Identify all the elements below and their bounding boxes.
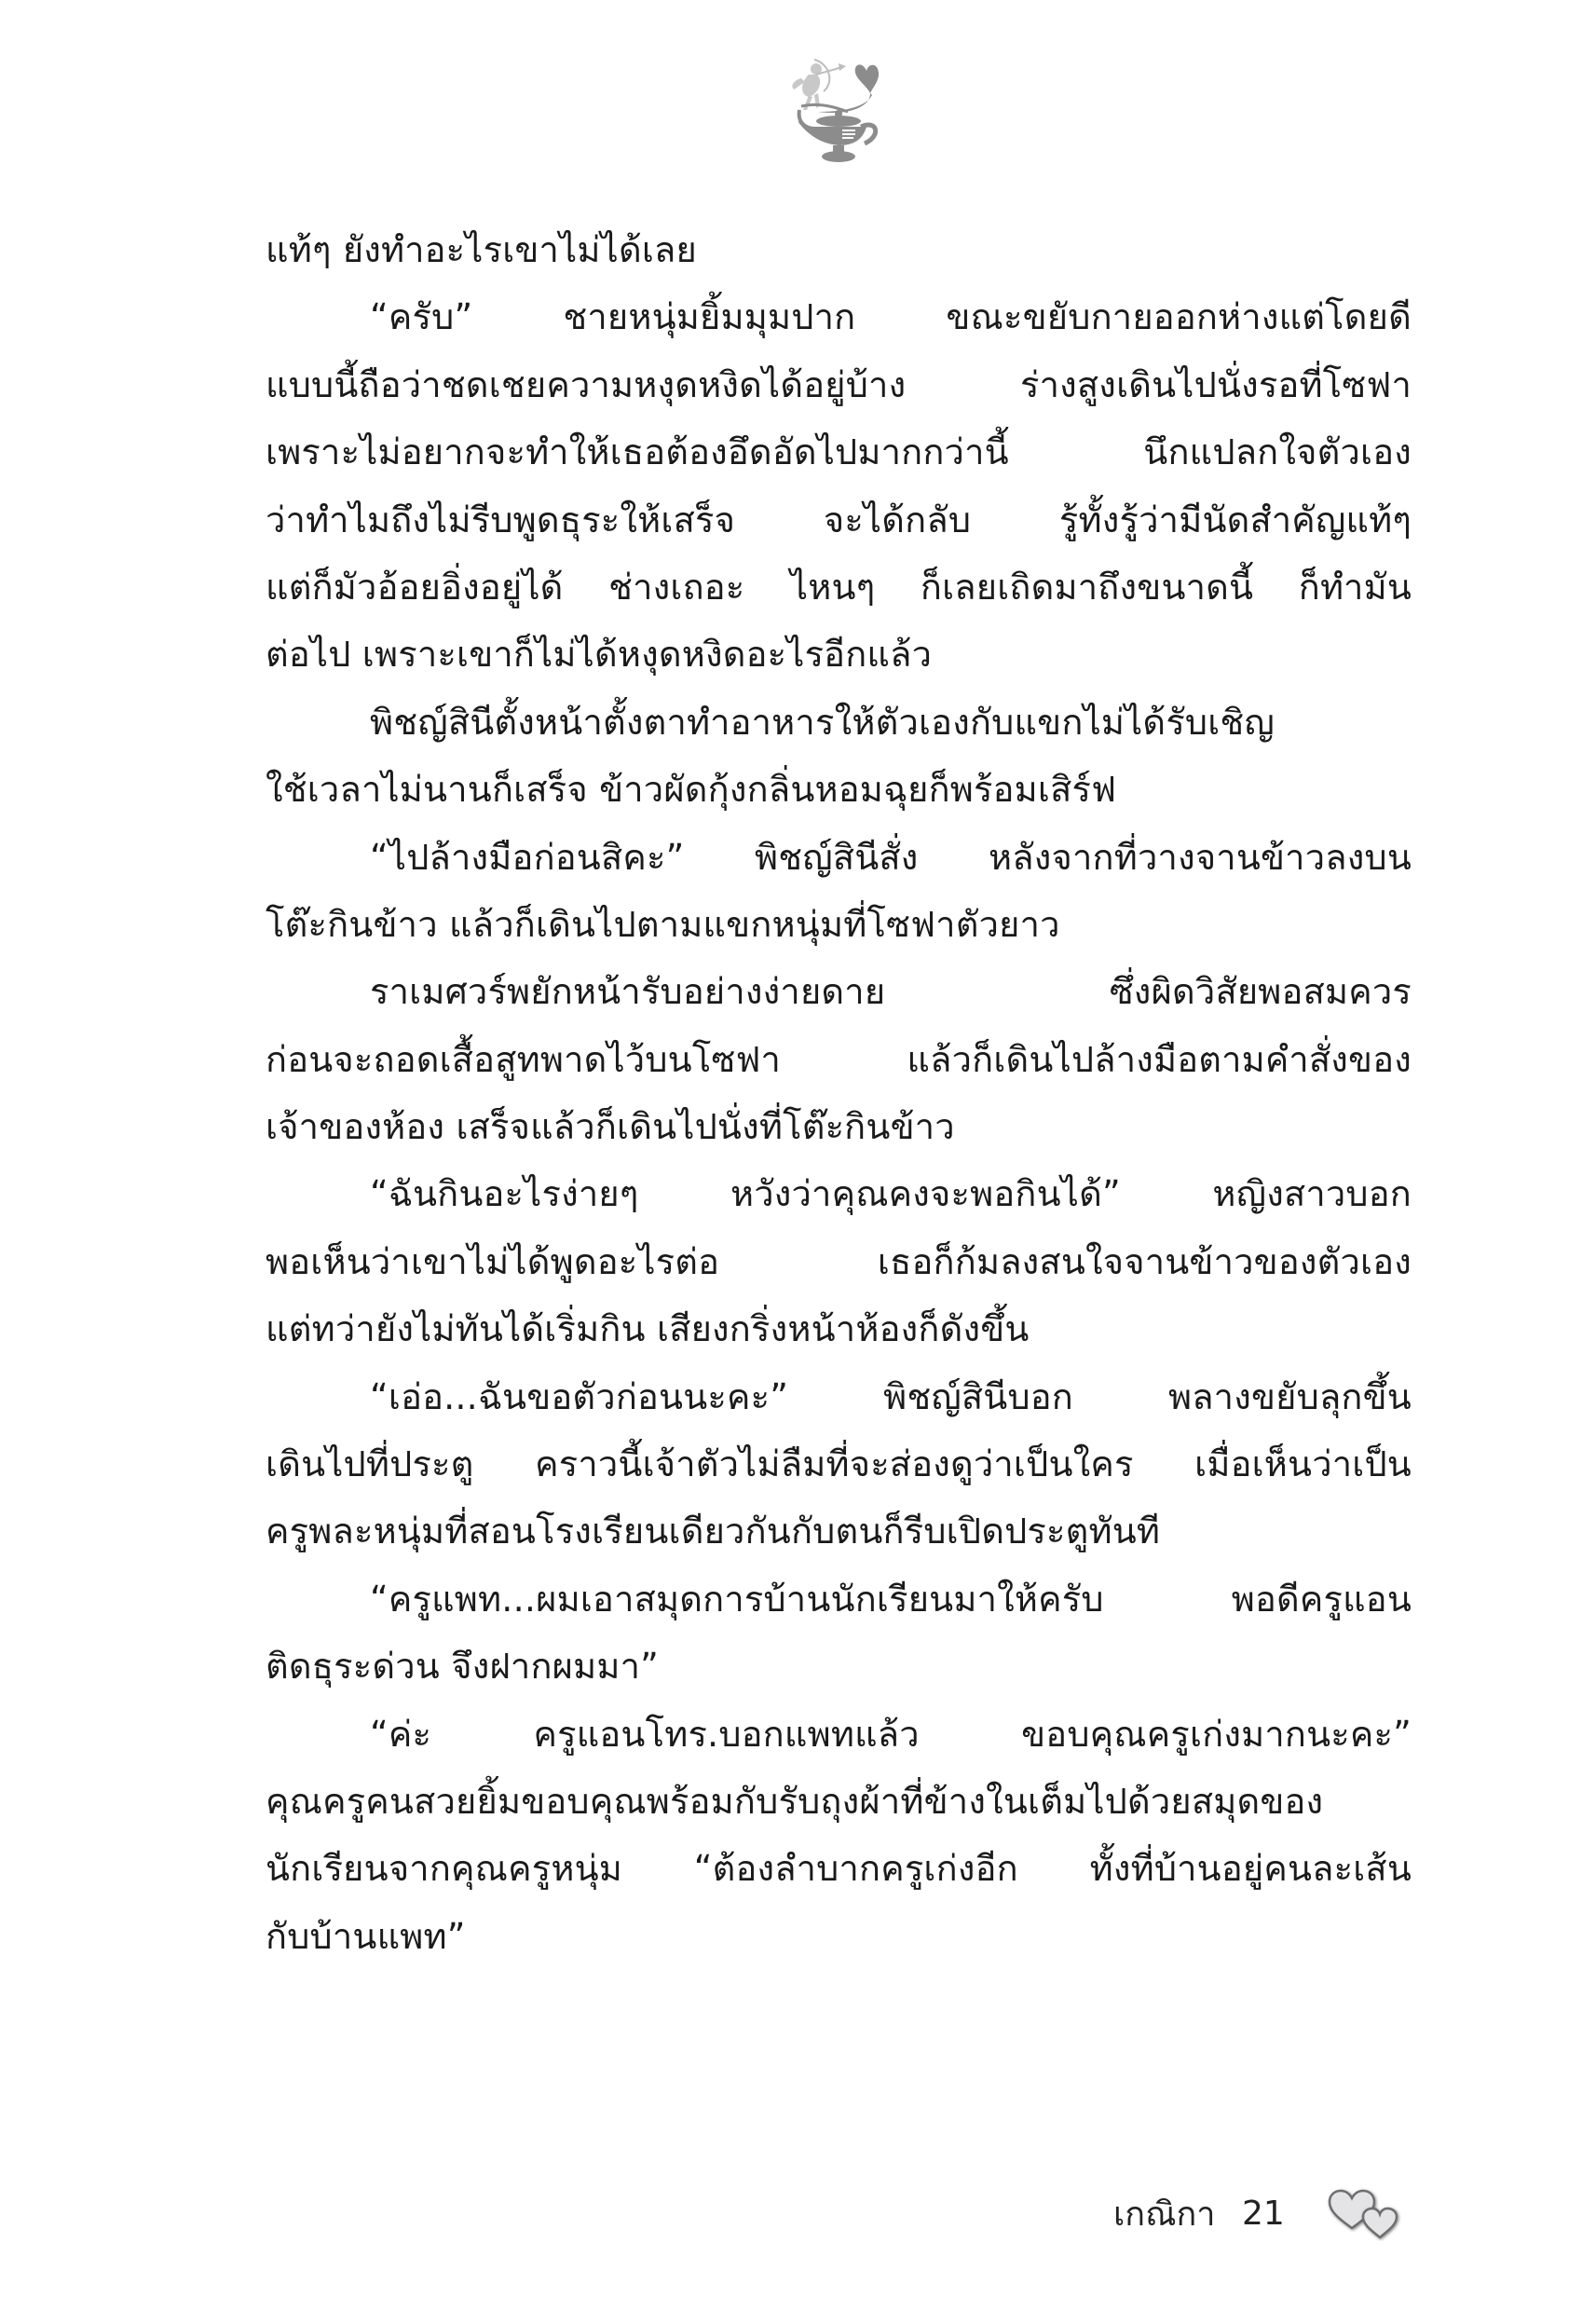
text-line: ต่อไป เพราะเขาก็ไม่ได้หงุดหงิดอะไรอีกแล้…	[266, 621, 1412, 688]
text-line: พิชญ์สินีตั้งหน้าตั้งตาทำอาหารให้ตัวเองก…	[266, 689, 1412, 756]
text-line: นักเรียนจากคุณครูหนุ่ม “ต้องลำบากครูเก่ง…	[266, 1835, 1412, 1902]
text-line: โต๊ะกินข้าว แล้วก็เดินไปตามแขกหนุ่มที่โซ…	[266, 891, 1412, 958]
text-line: เจ้าของห้อง เสร็จแล้วก็เดินไปนั่งที่โต๊ะ…	[266, 1093, 1412, 1160]
double-heart-icon	[1326, 2185, 1410, 2241]
text-line: “ค่ะ ครูแอนโทร.บอกแพทแล้ว ขอบคุณครูเก่งม…	[266, 1701, 1412, 1768]
text-line: ราเมศวร์พยักหน้ารับอย่างง่ายดาย ซึ่งผิดว…	[266, 958, 1412, 1025]
page-body-text: แท้ๆ ยังทำอะไรเขาไม่ได้เลย“ครับ” ชายหนุ่…	[266, 216, 1412, 1970]
book-title: เกณิกา	[1113, 2187, 1223, 2240]
text-line: เดินไปที่ประตู คราวนี้เจ้าตัวไม่ลืมที่จะ…	[266, 1430, 1412, 1497]
text-line: ก่อนจะถอดเสื้อสูทพาดไว้บนโซฟา แล้วก็เดิน…	[266, 1026, 1412, 1093]
text-line: ติดธุระด่วน จึงฝากผมมา”	[266, 1633, 1412, 1700]
text-line: คุณครูคนสวยยิ้มขอบคุณพร้อมกับรับถุงผ้าที…	[266, 1768, 1412, 1835]
cupid-teapot-lamp-icon	[781, 54, 911, 166]
text-line: “ไปล้างมือก่อนสิคะ” พิชญ์สินีสั่ง หลังจา…	[266, 824, 1412, 891]
text-line: แบบนี้ถือว่าชดเชยความหงุดหงิดได้อยู่บ้าง…	[266, 351, 1412, 418]
text-line: ว่าทำไมถึงไม่รีบพูดธุระให้เสร็จ จะได้กลั…	[266, 486, 1412, 554]
text-line: “ฉันกินอะไรง่ายๆ หวังว่าคุณคงจะพอกินได้”…	[266, 1160, 1412, 1227]
page-number: 21	[1242, 2195, 1316, 2233]
text-line: แท้ๆ ยังทำอะไรเขาไม่ได้เลย	[266, 216, 1412, 283]
text-line: แต่ก็มัวอ้อยอิ่งอยู่ได้ ช่างเถอะ ไหนๆ ก็…	[266, 554, 1412, 621]
text-line: พอเห็นว่าเขาไม่ได้พูดอะไรต่อ เธอก็ก้มลงส…	[266, 1228, 1412, 1295]
text-line: “ครับ” ชายหนุ่มยิ้มมุมปาก ขณะขยับกายออกห…	[266, 283, 1412, 350]
page-footer: เกณิกา 21	[1113, 2185, 1410, 2241]
text-line: “เอ่อ...ฉันขอตัวก่อนนะคะ” พิชญ์สินีบอก พ…	[266, 1363, 1412, 1430]
text-line: เพราะไม่อยากจะทำให้เธอต้องอึดอัดไปมากกว่…	[266, 418, 1412, 485]
text-line: “ครูแพท...ผมเอาสมุดการบ้านนักเรียนมาให้ค…	[266, 1566, 1412, 1633]
text-line: ใช้เวลาไม่นานก็เสร็จ ข้าวผัดกุ้งกลิ่นหอม…	[266, 756, 1412, 823]
text-line: ครูพละหนุ่มที่สอนโรงเรียนเดียวกันกับตนก็…	[266, 1497, 1412, 1565]
text-line: แต่ทว่ายังไม่ทันได้เริ่มกิน เสียงกริ่งหน…	[266, 1295, 1412, 1362]
text-line: กับบ้านแพท”	[266, 1903, 1412, 1970]
